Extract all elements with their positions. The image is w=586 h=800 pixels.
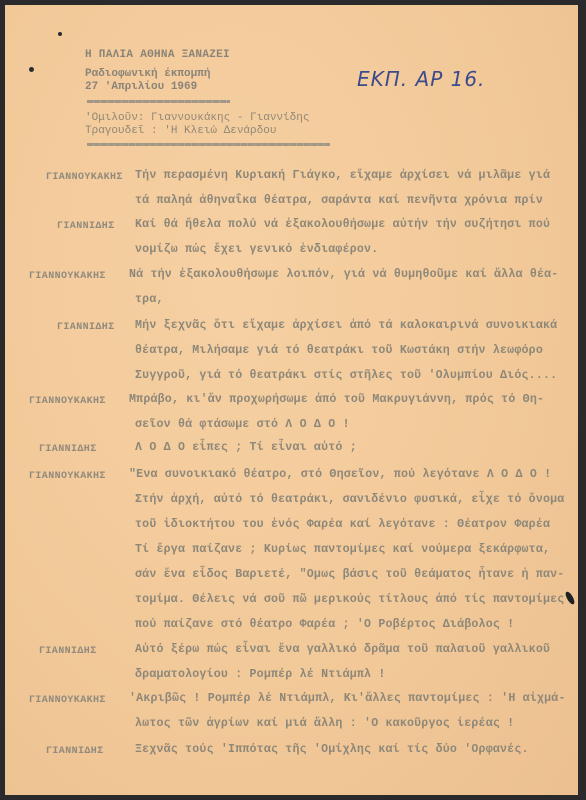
header-rule-2 bbox=[87, 143, 330, 146]
dialogue-line: νομίζω πώς ἔχει γενικό ἐνδιαφέρον. bbox=[135, 243, 378, 256]
date-rest: 'Απριλίου 1969 bbox=[98, 81, 197, 93]
speaker-label: ΓΙΑΝΝΟΥΚΑΚΗΣ bbox=[29, 471, 106, 482]
speaker-label: ΓΙΑΝΝΟΥΚΑΚΗΣ bbox=[29, 396, 106, 407]
dialogue-line: Μπράβο, κι'ἄν προχωρήσωμε ἀπό τοῦ Μακρυγ… bbox=[129, 393, 544, 406]
speaker-label: ΓΙΑΝΝΙΔΗΣ bbox=[57, 322, 115, 333]
dialogue-line: τοῦ ἰδιοκτήτου του ἑνός Φαρέα καί λεγότα… bbox=[135, 518, 550, 531]
dialogue-line: Τί ἔργα παίζανε ; Κυρίως παντομίμες καί … bbox=[135, 543, 550, 556]
dialogue-line: θέατρα, Μιλήσαμε γιά τό θεατράκι τοῦ Κωσ… bbox=[135, 344, 543, 357]
dialogue-line: λωτος τῶν ἀγρίων καί μιά ἄλλη : 'Ο κακοῦ… bbox=[135, 717, 514, 730]
speaker-label: ΓΙΑΝΝΙΔΗΣ bbox=[46, 746, 104, 757]
document-date: 27 'Απριλίου 1969 bbox=[85, 81, 197, 93]
dialogue-line: τά παληά ἀθηναΐκα θέατρα, σαράντα καί πε… bbox=[135, 194, 543, 207]
speaker-label: ΓΙΑΝΝΟΥΚΑΚΗΣ bbox=[46, 172, 123, 183]
dialogue-line: Ξεχνᾶς τούς 'Ιππότας τῆς 'Ομίχλης καί τί… bbox=[135, 743, 529, 756]
dialogue-line: δραματολογίου : Ρομπέρ λέ Ντιάμπλ ! bbox=[135, 668, 386, 681]
date-day: 27 bbox=[85, 81, 98, 93]
dialogue-line: Νά τήν ἐξακολουθήσωμε λοιπόν, γιά νά θυμ… bbox=[129, 268, 558, 281]
document-subtitle: Ραδιοφωνική έκπομπή bbox=[85, 68, 210, 80]
speaker-label: ΓΙΑΝΝΙΔΗΣ bbox=[39, 444, 97, 455]
song-line: Τραγουδεῖ : 'Η Κλειώ Δενάρδου bbox=[85, 125, 276, 137]
dialogue-line: Τήν περασμένη Κυριακή Γιάγκο, εἴχαμε ἀρχ… bbox=[135, 169, 550, 182]
dialogue-line: Καί θά ἤθελα πολύ νά ἐξακολουθήσωμε αὐτή… bbox=[135, 218, 550, 231]
dialogue-line: σεῖον θά φτάσωμε στό Λ Ο Δ Ο ! bbox=[135, 418, 350, 431]
dialogue-line: σάν ἕνα εἶδος Βαριετέ, "Ομως βάσις τοῦ θ… bbox=[135, 568, 564, 581]
speaker-label: ΓΙΑΝΝΟΥΚΑΚΗΣ bbox=[29, 695, 106, 706]
ink-spot bbox=[29, 67, 34, 72]
document-title: Η ΠΑΛΙΑ ΑΘΗΝΑ ΞΑΝΑΖΕΙ bbox=[85, 49, 230, 61]
speaker-label: ΓΙΑΝΝΙΔΗΣ bbox=[39, 646, 97, 657]
document-page: Η ΠΑΛΙΑ ΑΘΗΝΑ ΞΑΝΑΖΕΙ Ραδιοφωνική έκπομπ… bbox=[5, 5, 578, 795]
speaker-label: ΓΙΑΝΝΟΥΚΑΚΗΣ bbox=[29, 271, 106, 282]
dialogue-line: Λ Ο Δ Ο εἶπες ; Τί εἶναι αὐτό ; bbox=[135, 441, 357, 454]
dialogue-line: Μήν ξεχνᾶς ὅτι εἴχαμε ἀρχίσει ἀπό τά καλ… bbox=[135, 319, 557, 332]
dialogue-line: Αὐτό ξέρω πώς εἶναι ἕνα γαλλικό δρᾶμα το… bbox=[135, 643, 550, 656]
dialogue-line: 'Ακριβῶς ! Ρομπέρ λέ Ντιάμπλ, Κι'ἄλλες π… bbox=[129, 692, 566, 705]
speaker-label: ΓΙΑΝΝΙΔΗΣ bbox=[57, 221, 115, 232]
dialogue-line: τρα, bbox=[135, 293, 164, 306]
handwritten-annotation: ΕΚΠ. ΑΡ 16. bbox=[357, 67, 485, 91]
speakers-line: 'Ομιλοῦν: Γιαννουκάκης - Γιαννίδης bbox=[85, 112, 309, 124]
dialogue-line: τομίμα. Θέλεις νά σοῦ πῶ μερικούς τίτλου… bbox=[135, 593, 564, 606]
dialogue-line: Στήν ἀρχή, αὐτό τό θεατράκι, σανιδένιο φ… bbox=[135, 493, 564, 506]
ink-mark bbox=[564, 591, 577, 606]
dialogue-line: "Ενα συνοικιακό θέατρο, στό Θησεῖον, πού… bbox=[129, 468, 551, 481]
ink-spot bbox=[58, 32, 62, 36]
dialogue-line: Συγγροῦ, γιά τό θεατράκι στίς στῆλες τοῦ… bbox=[135, 369, 557, 382]
header-rule-1 bbox=[87, 100, 230, 103]
dialogue-line: πού παίζανε στό θέατρο Φαρέα ; 'Ο Ροβέρτ… bbox=[135, 618, 514, 631]
